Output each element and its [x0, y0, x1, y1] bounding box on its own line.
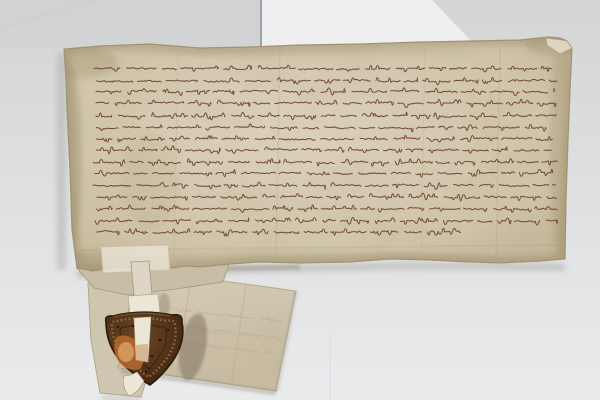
tag-rust-stain	[136, 344, 148, 362]
photo-of-parchment-charter: Photograph of a medieval parchment chart…	[0, 0, 600, 400]
seal-rust-highlight	[118, 342, 134, 362]
tag-fold-loop	[128, 294, 160, 314]
charter-surface-detail	[35, 30, 580, 278]
backdrop-upper-left-panel	[0, 0, 261, 48]
scene-svg	[0, 0, 600, 400]
